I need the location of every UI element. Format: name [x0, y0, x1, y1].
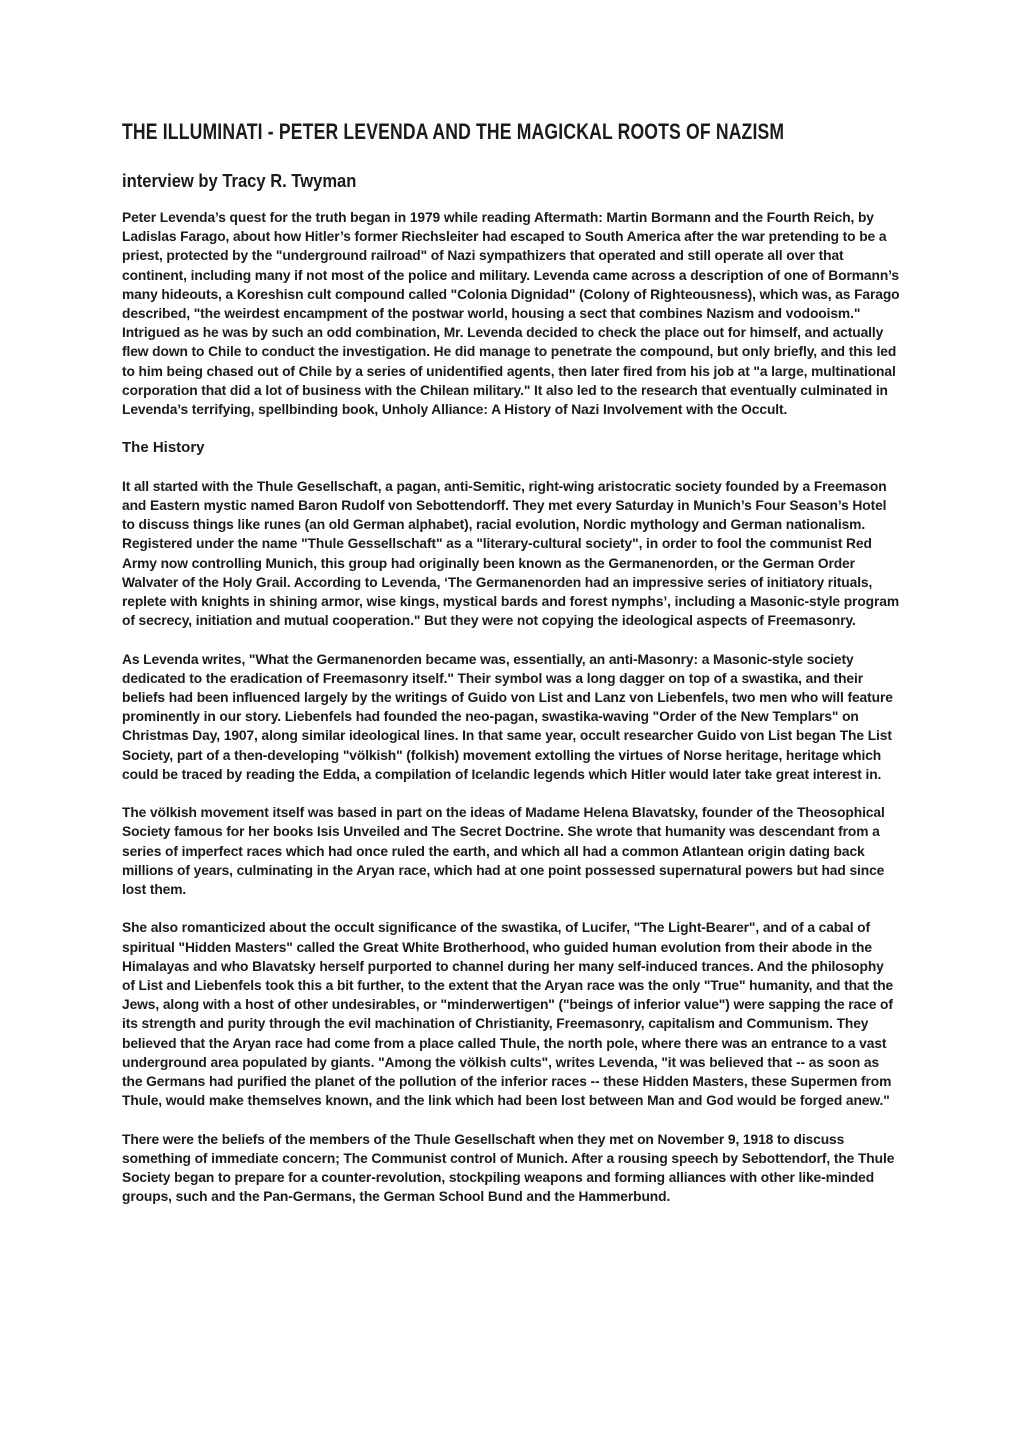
paragraph-volkish-movement: The völkish movement itself was based in…: [122, 803, 900, 899]
paragraph-blavatsky-occult: She also romanticized about the occult s…: [122, 918, 900, 1110]
document-byline: interview by Tracy R. Twyman: [122, 171, 838, 191]
paragraph-thule-beliefs: There were the beliefs of the members of…: [122, 1130, 900, 1207]
section-heading-the-history: The History: [122, 438, 900, 457]
document-body: Peter Levenda’s quest for the truth bega…: [122, 208, 900, 1206]
paragraph-thule-gesellschaft: It all started with the Thule Gesellscha…: [122, 477, 900, 631]
paragraph-intro: Peter Levenda’s quest for the truth bega…: [122, 208, 900, 419]
document-page: THE ILLUMINATI - PETER LEVENDA AND THE M…: [0, 0, 1020, 1443]
document-title: THE ILLUMINATI - PETER LEVENDA AND THE M…: [122, 121, 744, 143]
paragraph-germanenorden: As Levenda writes, "What the Germanenord…: [122, 650, 900, 784]
